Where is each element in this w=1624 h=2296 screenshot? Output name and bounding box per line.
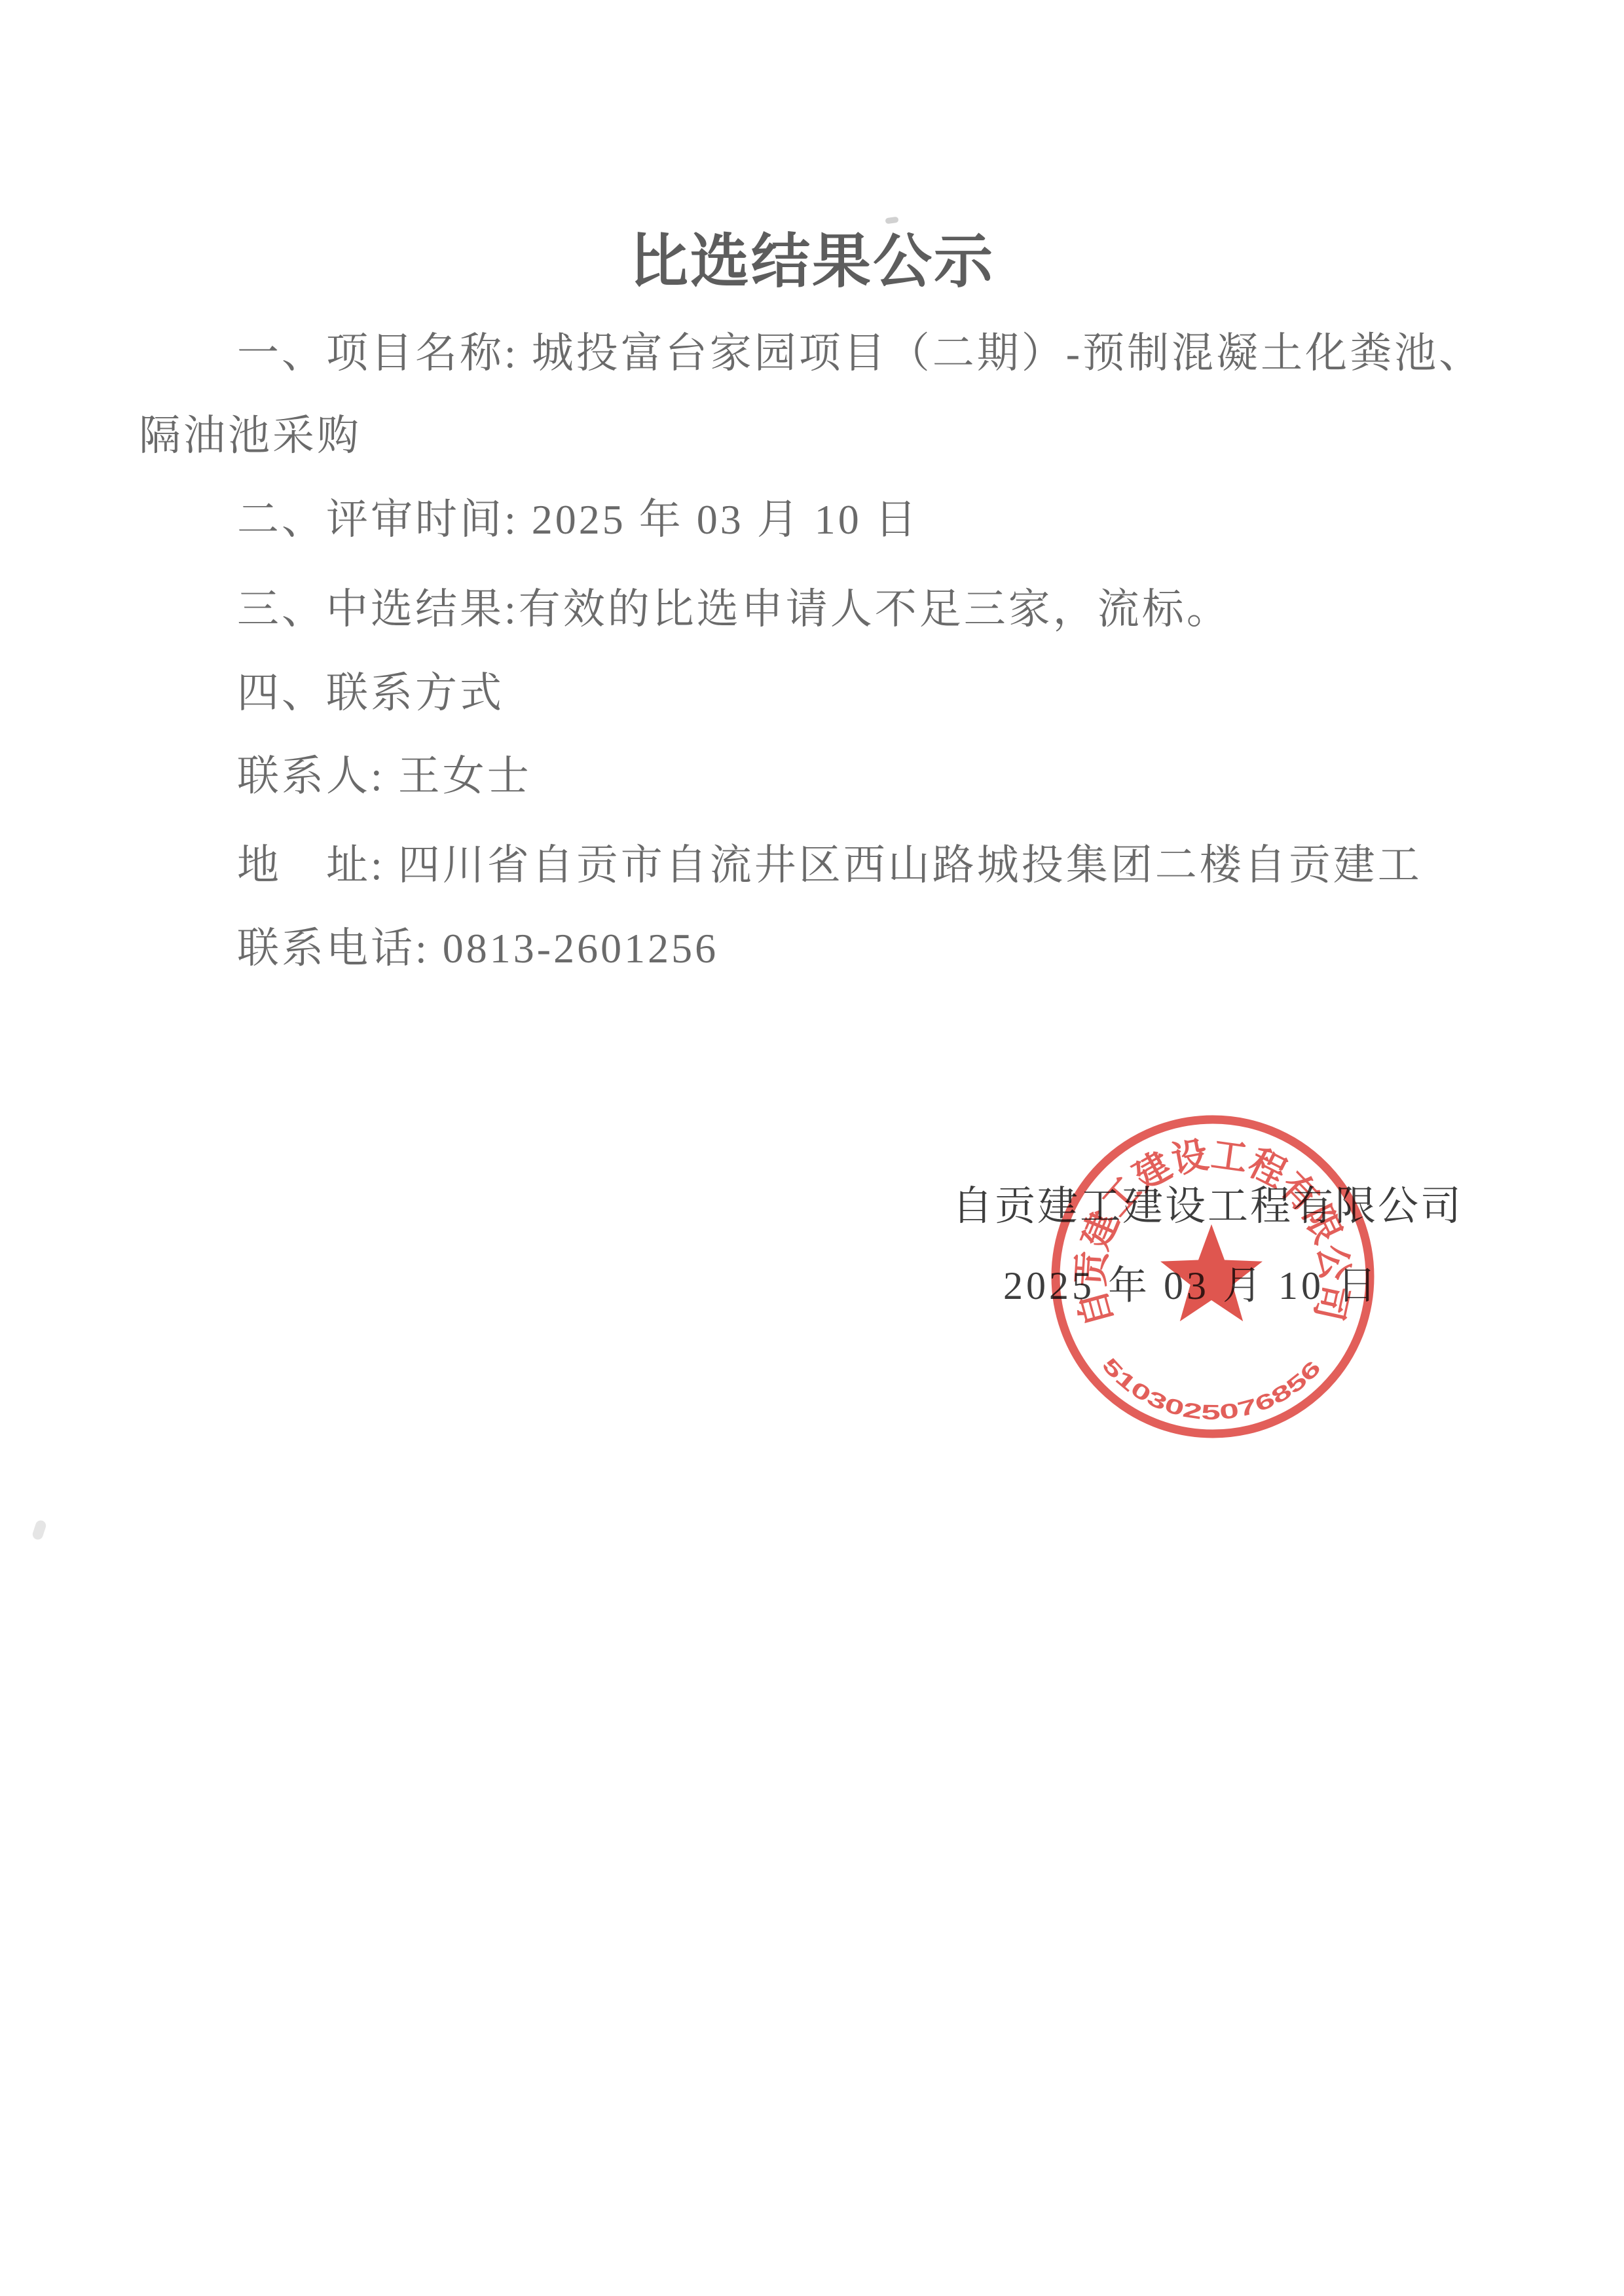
- company-seal-stamp: 自贡建工建设工程有限公司 5103025076856: [1049, 1113, 1376, 1440]
- body-line-6: 联系人: 王女士: [237, 756, 532, 797]
- body-line-8: 联系电话: 0813-2601256: [237, 928, 718, 970]
- body-line-5: 四、联系方式: [237, 672, 504, 714]
- body-line-2: 隔油池采购: [139, 415, 361, 457]
- scanned-document-page: 比选结果公示 一、项目名称: 城投富台家园项目（二期）-预制混凝土化粪池、隔油池…: [0, 0, 1624, 2296]
- scan-artifact-speck: [31, 1519, 47, 1540]
- body-line-1: 一、项目名称: 城投富台家园项目（二期）-预制混凝土化粪池、: [237, 333, 1483, 374]
- body-line-3: 二、评审时间: 2025 年 03 月 10 日: [237, 499, 919, 541]
- body-line-4: 三、中选结果:有效的比选申请人不足三家，流标。: [237, 589, 1231, 630]
- page-title: 比选结果公示: [0, 213, 1624, 299]
- body-line-7: 地 址: 四川省自贡市自流井区西山路城投集团二楼自贡建工: [237, 845, 1422, 886]
- seal-star-icon: [1160, 1224, 1263, 1321]
